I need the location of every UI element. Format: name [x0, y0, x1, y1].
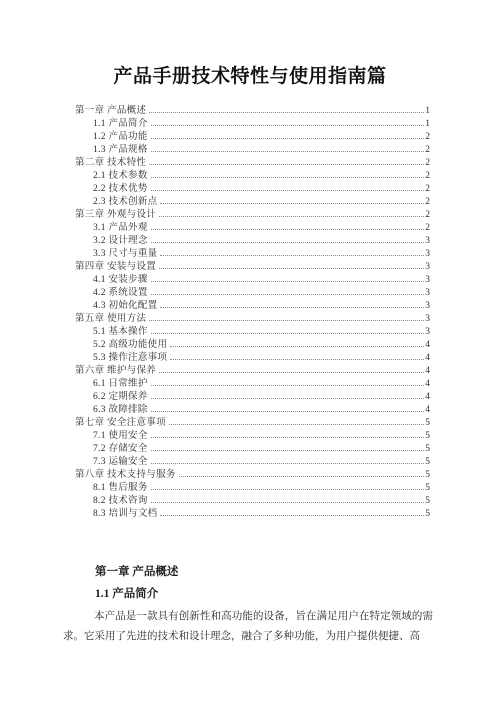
toc-page-number: 4	[425, 391, 430, 404]
toc-entry-label: 第六章 维护与保养	[75, 365, 156, 378]
toc-entry-label: 4.1 安装步骤	[93, 274, 148, 287]
toc-page-number: 4	[425, 365, 430, 378]
toc-page-number: 3	[425, 261, 430, 274]
toc-section-entry: 2.3 技术创新点2	[63, 196, 430, 209]
toc-dotted-leader	[151, 228, 425, 230]
toc-page-number: 4	[425, 404, 430, 417]
toc-page-number: 4	[425, 378, 430, 391]
toc-page-number: 5	[425, 456, 430, 469]
toc-section-entry: 5.1 基本操作3	[63, 326, 430, 339]
toc-section-entry: 8.2 技术咨询5	[63, 495, 430, 508]
toc-page-number: 3	[425, 274, 430, 287]
toc-entry-label: 第三章 外观与设计	[75, 209, 156, 222]
toc-dotted-leader	[160, 306, 424, 308]
toc-chapter-entry: 第四章 安装与设置3	[63, 261, 430, 274]
toc-entry-label: 1.1 产品简介	[93, 118, 148, 131]
toc-dotted-leader	[160, 514, 424, 516]
toc-page-number: 5	[425, 417, 430, 430]
toc-chapter-entry: 第五章 使用方法3	[63, 313, 430, 326]
toc-page-number: 3	[425, 235, 430, 248]
toc-dotted-leader	[149, 319, 424, 321]
table-of-contents: 第一章 产品概述11.1 产品简介11.2 产品功能21.3 产品规格2第二章 …	[63, 105, 430, 521]
toc-entry-label: 4.3 初始化配置	[93, 300, 157, 313]
toc-dotted-leader	[151, 176, 425, 178]
toc-entry-label: 2.2 技术优势	[93, 183, 148, 196]
section-heading: 1.1 产品简介	[95, 587, 433, 601]
toc-section-entry: 4.2 系统设置3	[63, 287, 430, 300]
toc-dotted-leader	[151, 449, 425, 451]
toc-page-number: 1	[425, 118, 430, 131]
toc-chapter-entry: 第二章 技术特性2	[63, 157, 430, 170]
toc-page-number: 5	[425, 508, 430, 521]
toc-chapter-entry: 第六章 维护与保养4	[63, 365, 430, 378]
toc-entry-label: 5.1 基本操作	[93, 326, 148, 339]
toc-section-entry: 8.3 培训与文档5	[63, 508, 430, 521]
toc-dotted-leader	[151, 384, 425, 386]
toc-page-number: 3	[425, 287, 430, 300]
toc-page-number: 2	[425, 131, 430, 144]
toc-dotted-leader	[151, 137, 425, 139]
toc-entry-label: 2.3 技术创新点	[93, 196, 157, 209]
toc-chapter-entry: 第一章 产品概述1	[63, 105, 430, 118]
toc-entry-label: 8.3 培训与文档	[93, 508, 157, 521]
toc-page-number: 3	[425, 313, 430, 326]
toc-dotted-leader	[151, 462, 425, 464]
toc-entry-label: 8.1 售后服务	[93, 482, 148, 495]
toc-entry-label: 7.3 运输安全	[93, 456, 148, 469]
toc-dotted-leader	[151, 397, 425, 399]
toc-entry-label: 7.2 存储安全	[93, 443, 148, 456]
toc-page-number: 5	[425, 443, 430, 456]
toc-dotted-leader	[151, 189, 425, 191]
toc-dotted-leader	[149, 111, 424, 113]
toc-page-number: 5	[425, 495, 430, 508]
chapter-heading: 第一章 产品概述	[95, 565, 433, 579]
toc-dotted-leader	[151, 332, 425, 334]
toc-entry-label: 7.1 使用安全	[93, 430, 148, 443]
toc-page-number: 2	[425, 209, 430, 222]
toc-section-entry: 5.3 操作注意事项4	[63, 352, 430, 365]
toc-entry-label: 1.2 产品功能	[93, 131, 148, 144]
toc-dotted-leader	[151, 150, 425, 152]
toc-dotted-leader	[149, 163, 424, 165]
toc-dotted-leader	[151, 280, 425, 282]
toc-section-entry: 7.1 使用安全5	[63, 430, 430, 443]
toc-dotted-leader	[169, 423, 424, 425]
toc-section-entry: 3.3 尺寸与重量3	[63, 248, 430, 261]
toc-entry-label: 第二章 技术特性	[75, 157, 146, 170]
toc-page-number: 3	[425, 248, 430, 261]
toc-section-entry: 6.3 故障排除4	[63, 404, 430, 417]
toc-dotted-leader	[151, 124, 425, 126]
toc-page-number: 5	[425, 482, 430, 495]
toc-page-number: 5	[425, 469, 430, 482]
toc-entry-label: 第八章 技术支持与服务	[75, 469, 176, 482]
toc-dotted-leader	[159, 267, 424, 269]
toc-page-number: 3	[425, 326, 430, 339]
toc-section-entry: 1.3 产品规格2	[63, 144, 430, 157]
toc-entry-label: 3.1 产品外观	[93, 222, 148, 235]
toc-entry-label: 5.2 高级功能使用	[93, 339, 167, 352]
toc-page-number: 5	[425, 430, 430, 443]
toc-page-number: 1	[425, 105, 430, 118]
toc-section-entry: 4.3 初始化配置3	[63, 300, 430, 313]
toc-dotted-leader	[159, 371, 424, 373]
toc-dotted-leader	[159, 215, 424, 217]
toc-page-number: 4	[425, 339, 430, 352]
toc-dotted-leader	[170, 358, 424, 360]
toc-entry-label: 4.2 系统设置	[93, 287, 148, 300]
toc-entry-label: 5.3 操作注意事项	[93, 352, 167, 365]
toc-section-entry: 6.2 定期保养4	[63, 391, 430, 404]
toc-section-entry: 1.1 产品简介1	[63, 118, 430, 131]
toc-section-entry: 1.2 产品功能2	[63, 131, 430, 144]
toc-section-entry: 4.1 安装步骤3	[63, 274, 430, 287]
toc-page-number: 4	[425, 352, 430, 365]
toc-entry-label: 第一章 产品概述	[75, 105, 146, 118]
toc-page-number: 2	[425, 157, 430, 170]
toc-entry-label: 第四章 安装与设置	[75, 261, 156, 274]
toc-dotted-leader	[151, 488, 425, 490]
body-paragraph: 本产品是一款具有创新性和高功能的设备，旨在满足用户在特定领域的需求。它采用了先进…	[63, 607, 433, 647]
toc-entry-label: 第五章 使用方法	[75, 313, 146, 326]
toc-section-entry: 8.1 售后服务5	[63, 482, 430, 495]
toc-entry-label: 第七章 安全注意事项	[75, 417, 166, 430]
toc-entry-label: 3.2 设计理念	[93, 235, 148, 248]
toc-section-entry: 2.1 技术参数2	[63, 170, 430, 183]
toc-chapter-entry: 第八章 技术支持与服务5	[63, 469, 430, 482]
toc-entry-label: 8.2 技术咨询	[93, 495, 148, 508]
toc-section-entry: 6.1 日常维护4	[63, 378, 430, 391]
toc-section-entry: 3.2 设计理念3	[63, 235, 430, 248]
toc-chapter-entry: 第三章 外观与设计2	[63, 209, 430, 222]
toc-section-entry: 7.2 存储安全5	[63, 443, 430, 456]
toc-chapter-entry: 第七章 安全注意事项5	[63, 417, 430, 430]
toc-entry-label: 6.3 故障排除	[93, 404, 148, 417]
toc-entry-label: 2.1 技术参数	[93, 170, 148, 183]
toc-dotted-leader	[179, 475, 425, 477]
document-page: 产品手册技术特性与使用指南篇 第一章 产品概述11.1 产品简介11.2 产品功…	[0, 0, 500, 707]
toc-page-number: 2	[425, 222, 430, 235]
toc-entry-label: 6.1 日常维护	[93, 378, 148, 391]
toc-dotted-leader	[170, 345, 424, 347]
toc-page-number: 2	[425, 183, 430, 196]
document-title: 产品手册技术特性与使用指南篇	[0, 0, 500, 90]
toc-section-entry: 7.3 运输安全5	[63, 456, 430, 469]
toc-dotted-leader	[151, 241, 425, 243]
toc-entry-label: 6.2 定期保养	[93, 391, 148, 404]
toc-section-entry: 2.2 技术优势2	[63, 183, 430, 196]
toc-dotted-leader	[160, 254, 424, 256]
toc-page-number: 3	[425, 300, 430, 313]
toc-dotted-leader	[160, 202, 424, 204]
toc-dotted-leader	[151, 410, 425, 412]
toc-page-number: 2	[425, 196, 430, 209]
toc-page-number: 2	[425, 170, 430, 183]
toc-entry-label: 3.3 尺寸与重量	[93, 248, 157, 261]
toc-page-number: 2	[425, 144, 430, 157]
toc-entry-label: 1.3 产品规格	[93, 144, 148, 157]
chapter-content: 第一章 产品概述 1.1 产品简介 本产品是一款具有创新性和高功能的设备，旨在满…	[63, 565, 433, 647]
toc-section-entry: 5.2 高级功能使用4	[63, 339, 430, 352]
toc-dotted-leader	[151, 436, 425, 438]
toc-dotted-leader	[151, 293, 425, 295]
toc-dotted-leader	[151, 501, 425, 503]
toc-section-entry: 3.1 产品外观2	[63, 222, 430, 235]
